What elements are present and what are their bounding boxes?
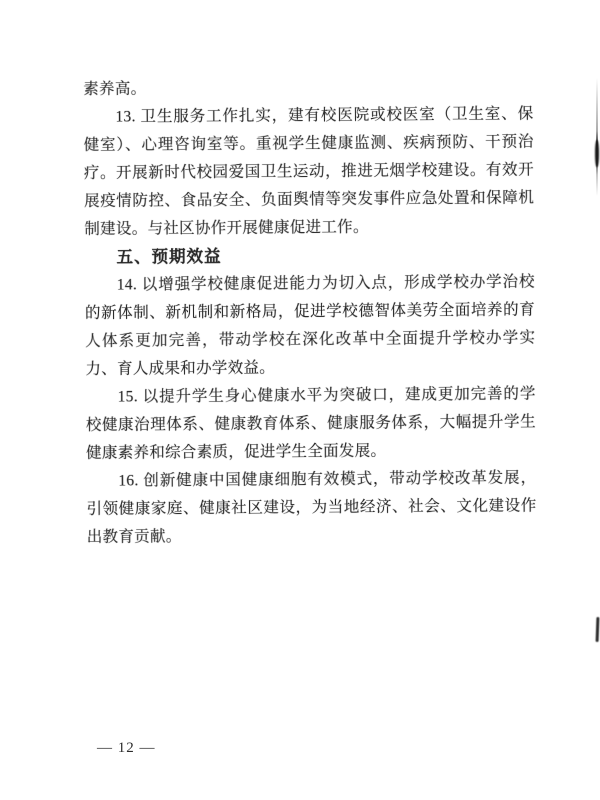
text-line: 13. 卫生服务工作扎实，建有校医院或校医室（卫生室、保 [83, 100, 533, 132]
text-line: 人体系更加完善，带动学校在深化改革中全面提升学校办学实 [85, 324, 535, 356]
text-line: 疗。开展新时代校园爱国卫生运动，推进无烟学校建设。有效开 [84, 156, 534, 188]
text-block: 素养高。13. 卫生服务工作扎实，建有校医院或校医室（卫生室、保健室）、心理咨询… [83, 72, 537, 552]
text-line: 素养高。 [83, 72, 533, 104]
text-line: 制建设。与社区协作开展健康促进工作。 [84, 212, 534, 244]
text-line: 引领健康家庭、健康社区建设，为当地经济、社会、文化建设作 [86, 492, 536, 524]
text-line: 15. 以提升学生身心健康水平为突破口，建成更加完善的学 [86, 380, 536, 412]
text-line: 的新体制、新机制和新格局，促进学校德智体美劳全面培养的育 [85, 296, 535, 328]
text-line: 力、育人成果和办学效益。 [85, 352, 535, 384]
scan-artifact-streak [596, 78, 598, 196]
text-line: 16. 创新健康中国健康细胞有效模式，带动学校改革发展， [86, 464, 536, 496]
scan-artifact-blob [595, 140, 599, 167]
document-page: 素养高。13. 卫生服务工作扎实，建有校医院或校医室（卫生室、保健室）、心理咨询… [0, 0, 600, 800]
text-line: 展疫情防控、食品安全、负面舆情等突发事件应急处置和保障机 [84, 184, 534, 216]
page-number: — 12 — [97, 740, 156, 757]
text-line: 14. 以增强学校健康促进能力为切入点，形成学校办学治校 [85, 268, 535, 300]
text-line: 出教育贡献。 [87, 520, 537, 552]
section-heading: 五、预期效益 [84, 240, 534, 272]
text-line: 校健康治理体系、健康教育体系、健康服务体系，大幅提升学生 [86, 408, 536, 440]
text-line: 健康素养和综合素质，促进学生全面发展。 [86, 436, 536, 468]
scan-artifact-dash [596, 617, 600, 642]
text-line: 健室）、心理咨询室等。重视学生健康监测、疾病预防、干预治 [84, 128, 534, 160]
